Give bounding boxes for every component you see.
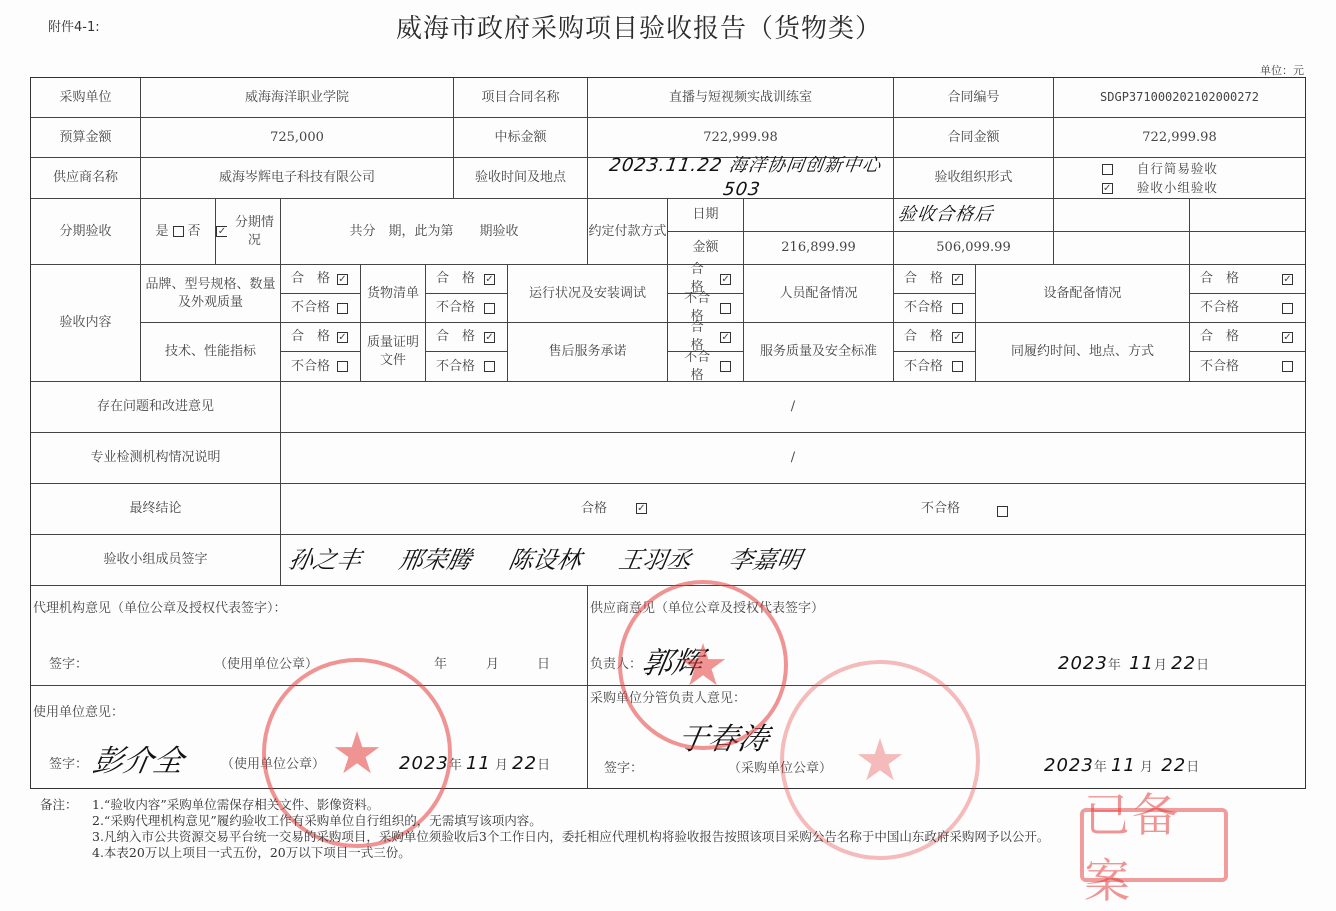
payment-2-date: 验收合格后 xyxy=(894,199,1054,232)
inspection-fail-option[interactable]: 不合格 xyxy=(1190,294,1305,323)
conclusion-fail-label: 不合格 xyxy=(921,501,960,516)
agency-seal-label: （使用单位公章） xyxy=(214,656,318,674)
checkbox-fail[interactable] xyxy=(952,361,963,372)
supplier-day: 22 xyxy=(1171,653,1196,674)
pass-label: 合 格 xyxy=(291,328,330,346)
pass-label: 合 格 xyxy=(904,328,943,346)
purchaser-year: 2023 xyxy=(1044,755,1094,776)
contract-amount-label: 合同金额 xyxy=(894,118,1054,158)
purchaser-day: 22 xyxy=(1161,755,1186,776)
checkbox-pass[interactable]: ✓ xyxy=(1282,274,1293,285)
inspection-pass-option[interactable]: 合 格✓ xyxy=(668,323,744,352)
installment-label: 分期验收 xyxy=(31,199,141,265)
purchaser-date: 2023年 11 月 22日 xyxy=(1044,754,1199,778)
supplier-day-label: 日 xyxy=(1196,658,1209,673)
installment-status: ✓分期情况 xyxy=(216,199,281,265)
time-place-handwriting: 2023.11.22 海洋协同创新中心503 xyxy=(591,154,897,203)
user-year: 2023 xyxy=(399,753,449,774)
checkbox-fail[interactable] xyxy=(720,361,731,372)
user-day-label: 日 xyxy=(537,758,550,773)
user-month: 11 xyxy=(466,753,491,774)
fail-label: 不合格 xyxy=(904,299,943,317)
budget-label: 预算金额 xyxy=(31,118,141,158)
user-month-label: 月 xyxy=(495,758,508,773)
payment-2-amount: 506,099.99 xyxy=(894,232,1054,265)
inspection-pass-option[interactable]: 合 格✓ xyxy=(894,323,976,352)
budget-value: 725,000 xyxy=(141,118,454,158)
inspection-fail-option[interactable]: 不合格 xyxy=(281,294,361,323)
checkbox-conclusion-pass[interactable]: ✓ xyxy=(636,503,647,514)
conclusion-pass-label: 合格 xyxy=(581,501,607,516)
checkbox-pass[interactable]: ✓ xyxy=(1282,332,1293,343)
payment-1-date xyxy=(744,199,894,232)
issues-label: 存在问题和改进意见 xyxy=(31,382,281,433)
inspection-pass-option[interactable]: 合 格✓ xyxy=(1190,323,1305,352)
supplier-opinion: 供应商意见（单位公章及授权代表签字） 负责人： 郭辉 2023年 11月 22日 xyxy=(588,586,1305,686)
pass-label: 合 格 xyxy=(1200,270,1239,288)
fail-label: 不合格 xyxy=(291,358,330,376)
fail-label: 不合格 xyxy=(436,358,475,376)
payment-amount-label: 金额 xyxy=(668,232,744,265)
inspection-pass-option[interactable]: 合 格✓ xyxy=(281,323,361,352)
issues-value: / xyxy=(281,382,1305,433)
pass-label: 合 格 xyxy=(1200,328,1239,346)
fail-label: 不合格 xyxy=(1200,358,1239,376)
inspection-pass-option[interactable]: 合 格✓ xyxy=(426,323,508,352)
checkbox-self[interactable] xyxy=(1102,164,1113,175)
note-item: 2.“采购代理机构意见”履约验收工作有采购单位自行组织的，无需填写该项内容。 xyxy=(92,813,1049,829)
time-place-label: 验收时间及地点 xyxy=(454,158,588,199)
inspection-pass-option[interactable]: 合 格✓ xyxy=(426,265,508,294)
checkbox-pass[interactable]: ✓ xyxy=(952,274,963,285)
checkbox-installment-no[interactable]: ✓ xyxy=(216,226,227,237)
checkbox-fail[interactable] xyxy=(952,303,963,314)
org-form-options: 自行简易验收 ✓ 验收小组验收 xyxy=(1054,158,1305,199)
supplier-sign-label: 负责人： xyxy=(590,656,642,674)
supplier-label: 供应商名称 xyxy=(31,158,141,199)
inspection-fail-option[interactable]: 不合格 xyxy=(426,294,508,323)
org-form-option-self-label: 自行简易验收 xyxy=(1137,161,1218,176)
agency-opinion-label: 代理机构意见（单位公章及授权代表签字）： xyxy=(33,600,287,618)
inspection-item-label: 人员配备情况 xyxy=(744,265,894,323)
inspection-item-label: 技术、性能指标 xyxy=(141,323,281,382)
inspection-item-label: 售后服务承诺 xyxy=(508,323,668,382)
conclusion-label: 最终结论 xyxy=(31,484,281,535)
agency-month-label: 月 xyxy=(486,656,499,674)
time-place-value: 2023.11.22 海洋协同创新中心503 xyxy=(588,158,894,199)
team-signature: 王羽丞 xyxy=(616,544,694,576)
inspection-item-label: 设备配备情况 xyxy=(976,265,1190,323)
inspection-fail-option[interactable]: 不合格 xyxy=(894,352,976,382)
installment-status-label: 分期情况 xyxy=(229,214,280,249)
checkbox-pass[interactable]: ✓ xyxy=(952,332,963,343)
purchaser-sign-label: 签字： xyxy=(604,760,643,778)
pass-label: 合 格 xyxy=(291,270,330,288)
user-opinion: 使用单位意见： 签字： 彭介全 （使用单位公章） 2023年 11 月 22日 xyxy=(31,686,588,788)
checkbox-fail[interactable] xyxy=(720,303,731,314)
fail-label: 不合格 xyxy=(436,299,475,317)
user-opinion-label: 使用单位意见： xyxy=(33,704,124,722)
inspection-pass-option[interactable]: 合 格✓ xyxy=(894,265,976,294)
unit-label: 单位：元 xyxy=(1260,62,1304,78)
checkbox-pass[interactable]: ✓ xyxy=(484,332,495,343)
attachment-label: 附件4-1: xyxy=(48,16,100,35)
supplier-year-label: 年 xyxy=(1108,658,1121,673)
inspection-item-label: 同履约时间、地点、方式 xyxy=(976,323,1190,382)
org-form-option-self[interactable]: 自行简易验收 xyxy=(1098,159,1218,178)
checkbox-pass[interactable]: ✓ xyxy=(720,274,731,285)
user-sign-label: 签字： xyxy=(49,756,88,774)
team-signatures-label: 验收小组成员签字 xyxy=(31,535,281,586)
purchaser-opinion-label: 采购单位分管负责人意见： xyxy=(590,690,746,708)
user-day: 22 xyxy=(512,753,537,774)
inspection-item-label: 货物清单 xyxy=(361,265,426,323)
org-form-option-team[interactable]: ✓ 验收小组验收 xyxy=(1098,178,1218,197)
installment-no-label: 否 xyxy=(188,223,201,241)
checkbox-fail[interactable] xyxy=(337,361,348,372)
checkbox-fail[interactable] xyxy=(484,303,495,314)
note-item: 1.“验收内容”采购单位需保存相关文件、影像资料。 xyxy=(92,797,1049,813)
report-table: 采购单位 威海海洋职业学院 项目合同名称 直播与短视频实战训练室 合同编号 SD… xyxy=(30,77,1306,789)
user-year-label: 年 xyxy=(449,758,462,773)
checkbox-pass[interactable]: ✓ xyxy=(720,332,731,343)
user-signature: 彭介全 xyxy=(89,742,186,783)
conclusion-pass[interactable]: 合格 ✓ xyxy=(581,500,651,518)
pass-label: 合 格 xyxy=(436,270,475,288)
installment-periods: 共分 期，此为第 期验收 xyxy=(281,199,588,265)
payment-4-date xyxy=(1190,199,1305,232)
supplier-value: 威海岑辉电子科技有限公司 xyxy=(141,158,454,199)
purchaser-signature: 于春涛 xyxy=(674,720,771,761)
org-form-option-team-label: 验收小组验收 xyxy=(1137,180,1218,195)
payment-3-date xyxy=(1054,199,1190,232)
agency-opinion: 代理机构意见（单位公章及授权代表签字）： 签字： （使用单位公章） 年 月 日 xyxy=(31,586,588,686)
filed-stamp: 已备案 xyxy=(1080,808,1228,882)
page-title: 威海市政府采购项目验收报告（货物类） xyxy=(396,8,882,45)
user-seal-label: （使用单位公章） xyxy=(221,756,325,774)
conclusion-options: 合格 ✓ 不合格 xyxy=(281,484,1305,535)
contract-name-value: 直播与短视频实战训练室 xyxy=(588,78,894,118)
team-signature: 邢荣腾 xyxy=(396,544,474,576)
supplier-opinion-label: 供应商意见（单位公章及授权代表签字） xyxy=(590,600,824,618)
installment-yes-no: 是否 xyxy=(141,199,216,265)
inspection-pass-option[interactable]: 合 格✓ xyxy=(1190,265,1305,294)
contract-no-label: 合同编号 xyxy=(894,78,1054,118)
checkbox-pass[interactable]: ✓ xyxy=(337,274,348,285)
conclusion-fail[interactable]: 不合格 xyxy=(921,500,1012,518)
checkbox-team[interactable]: ✓ xyxy=(1102,183,1113,194)
agency-sign-label: 签字： xyxy=(49,656,88,674)
notes: 备注： 1.“验收内容”采购单位需保存相关文件、影像资料。 2.“采购代理机构意… xyxy=(40,797,1049,861)
inspection-item-label: 品牌、型号规格、数量及外观质量 xyxy=(141,265,281,323)
payment-date-label: 日期 xyxy=(668,199,744,232)
agency-year-label: 年 xyxy=(434,656,447,674)
supplier-month-label: 月 xyxy=(1154,658,1167,673)
purchaser-opinion: 采购单位分管负责人意见： 于春涛 签字： （采购单位公章） 2023年 11 月… xyxy=(588,686,1305,788)
checkbox-fail[interactable] xyxy=(484,361,495,372)
pass-label: 合 格 xyxy=(904,270,943,288)
inspection-item-label: 服务质量及安全标准 xyxy=(744,323,894,382)
inspection-agency-label: 专业检测机构情况说明 xyxy=(31,433,281,484)
fail-label: 不合格 xyxy=(904,358,943,376)
team-signatures: 孙之丰 邢荣腾 陈设林 王羽丞 李嘉明 xyxy=(281,535,1305,586)
purchaser-seal-label: （采购单位公章） xyxy=(728,760,832,778)
notes-label: 备注： xyxy=(40,797,78,813)
payment-label: 约定付款方式 xyxy=(588,199,668,265)
note-item: 3.凡纳入市公共资源交易平台统一交易的采购项目，采购单位须验收后3个工作日内，委… xyxy=(92,829,1049,845)
supplier-signature: 郭辉 xyxy=(638,644,705,685)
purchaser-month: 11 xyxy=(1111,755,1136,776)
checkbox-conclusion-fail[interactable] xyxy=(997,506,1008,517)
payment-1-amount: 216,899.99 xyxy=(744,232,894,265)
contract-name-label: 项目合同名称 xyxy=(454,78,588,118)
contract-amount-value: 722,999.98 xyxy=(1054,118,1305,158)
contract-no-value: SDGP371000202102000272 xyxy=(1054,78,1305,118)
inspection-label: 验收内容 xyxy=(31,265,141,382)
user-date: 2023年 11 月 22日 xyxy=(399,752,550,776)
payment-2-date-handwriting: 验收合格后 xyxy=(896,203,994,227)
fail-label: 不合格 xyxy=(1200,299,1239,317)
payment-4-amount xyxy=(1190,232,1305,265)
purchaser-value: 威海海洋职业学院 xyxy=(141,78,454,118)
checkbox-installment-yes[interactable] xyxy=(173,226,184,237)
org-form-label: 验收组织形式 xyxy=(894,158,1054,199)
fail-label: 不合格 xyxy=(291,299,330,317)
agency-day-label: 日 xyxy=(537,656,550,674)
installment-yes-label: 是 xyxy=(155,223,168,241)
supplier-date: 2023年 11月 22日 xyxy=(1058,652,1209,676)
supplier-month: 11 xyxy=(1129,653,1154,674)
purchaser-label: 采购单位 xyxy=(31,78,141,118)
inspection-item-label: 质量证明文件 xyxy=(361,323,426,382)
team-signature: 孙之丰 xyxy=(286,544,364,576)
checkbox-fail[interactable] xyxy=(1282,303,1293,314)
checkbox-pass[interactable]: ✓ xyxy=(484,274,495,285)
pass-label: 合 格 xyxy=(436,328,475,346)
bid-amount-label: 中标金额 xyxy=(454,118,588,158)
bid-amount-value: 722,999.98 xyxy=(588,118,894,158)
checkbox-fail[interactable] xyxy=(1282,361,1293,372)
supplier-year: 2023 xyxy=(1058,653,1108,674)
inspection-fail-option[interactable]: 不合格 xyxy=(1190,352,1305,382)
payment-3-amount xyxy=(1054,232,1190,265)
purchaser-month-label: 月 xyxy=(1140,760,1153,775)
inspection-agency-value: / xyxy=(281,433,1305,484)
inspection-item-label: 运行状况及安装调试 xyxy=(508,265,668,323)
inspection-fail-option[interactable]: 不合格 xyxy=(426,352,508,382)
purchaser-day-label: 日 xyxy=(1186,760,1199,775)
inspection-pass-option[interactable]: 合 格✓ xyxy=(281,265,361,294)
inspection-fail-option[interactable]: 不合格 xyxy=(668,352,744,382)
note-item: 4.本表20万以上项目一式五份，20万以下项目一式三份。 xyxy=(92,845,1049,861)
checkbox-pass[interactable]: ✓ xyxy=(337,332,348,343)
inspection-fail-option[interactable]: 不合格 xyxy=(281,352,361,382)
checkbox-fail[interactable] xyxy=(337,303,348,314)
inspection-fail-option[interactable]: 不合格 xyxy=(894,294,976,323)
fail-label: 不合格 xyxy=(678,349,716,384)
purchaser-year-label: 年 xyxy=(1094,760,1107,775)
team-signature: 李嘉明 xyxy=(726,544,804,576)
team-signature: 陈设林 xyxy=(506,544,584,576)
